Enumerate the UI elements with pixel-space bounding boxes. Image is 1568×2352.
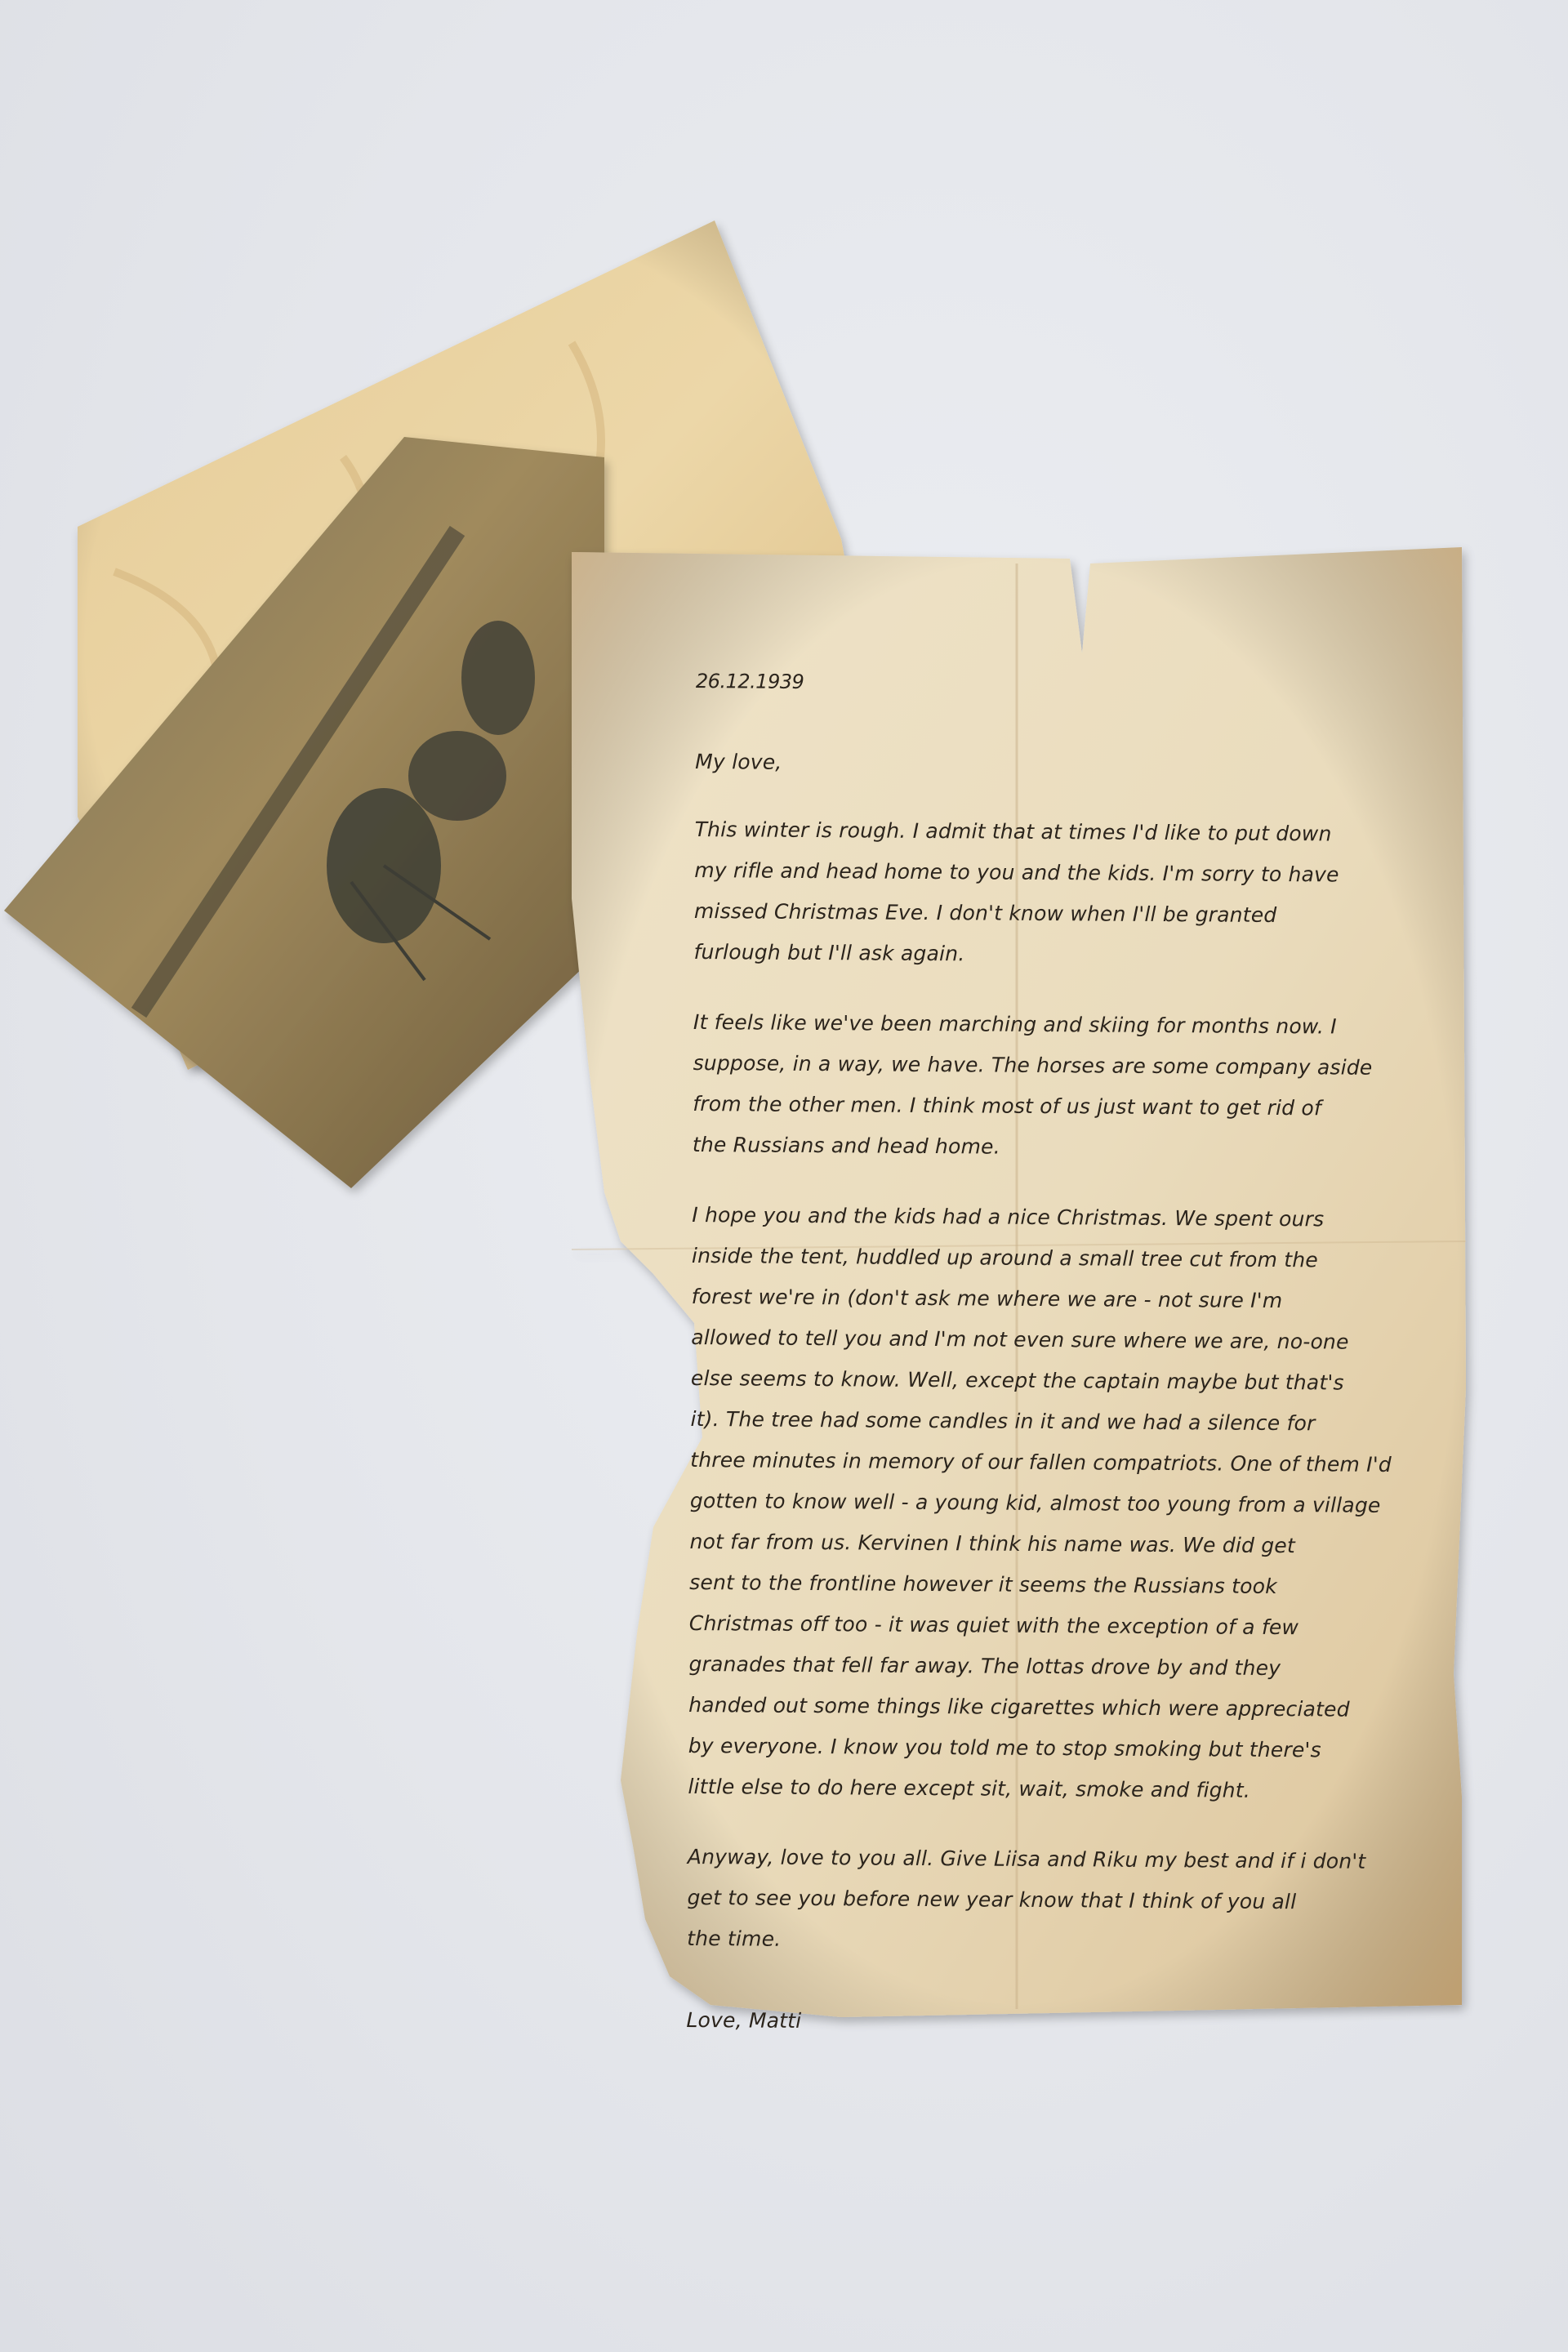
handwritten-letter: 26.12.1939 My love, This winter is rough… bbox=[686, 670, 1398, 2037]
letter-line: the time. bbox=[687, 1918, 1389, 1964]
letter-line: It feels like we've been marching and sk… bbox=[693, 1002, 1396, 1048]
letter-line: my rifle and head home to you and the ki… bbox=[694, 850, 1396, 896]
letter-line: not far from us. Kervinen I think his na… bbox=[689, 1521, 1392, 1567]
letter-line: handed out some things like cigarettes w… bbox=[688, 1685, 1391, 1731]
letter-line: get to see you before new year know that… bbox=[687, 1878, 1389, 1923]
letter-line: it). The tree had some candles in it and… bbox=[690, 1399, 1392, 1445]
letter-line: Christmas off too - it was quiet with th… bbox=[689, 1603, 1392, 1649]
photo-scene: 26.12.1939 My love, This winter is rough… bbox=[0, 0, 1568, 2352]
letter-line: suppose, in a way, we have. The horses a… bbox=[693, 1043, 1395, 1089]
letter-line: I hope you and the kids had a nice Chris… bbox=[692, 1195, 1394, 1241]
letter-line: three minutes in memory of our fallen co… bbox=[690, 1440, 1392, 1486]
letter-line: else seems to know. Well, except the cap… bbox=[691, 1358, 1393, 1404]
letter-line: sent to the frontline however it seems t… bbox=[689, 1562, 1392, 1608]
letter-line: forest we're in (don't ask me where we a… bbox=[691, 1276, 1393, 1322]
letter-paragraph-3: I hope you and the kids had a nice Chris… bbox=[688, 1195, 1394, 1812]
letter-date: 26.12.1939 bbox=[696, 670, 1398, 697]
letter-line: inside the tent, huddled up around a sma… bbox=[692, 1236, 1394, 1281]
letter-paragraph-2: It feels like we've been marching and sk… bbox=[693, 1002, 1396, 1170]
letter-line: gotten to know well - a young kid, almos… bbox=[690, 1481, 1392, 1526]
letter-paragraph-1: This winter is rough. I admit that at ti… bbox=[693, 809, 1396, 978]
letter-line: from the other men. I think most of us j… bbox=[693, 1084, 1395, 1129]
letter-signoff: Love, Matti bbox=[686, 2008, 1388, 2037]
letter-line: granades that fell far away. The lottas … bbox=[688, 1644, 1391, 1690]
letter-salutation: My love, bbox=[695, 750, 1397, 778]
letter-line: furlough but I'll ask again. bbox=[693, 932, 1396, 978]
letter-line: the Russians and head home. bbox=[693, 1125, 1395, 1170]
letter-line: missed Christmas Eve. I don't know when … bbox=[694, 891, 1396, 937]
letter-line: This winter is rough. I admit that at ti… bbox=[694, 809, 1396, 855]
letter-line: Anyway, love to you all. Give Liisa and … bbox=[688, 1837, 1390, 1882]
letter-paragraph-4: Anyway, love to you all. Give Liisa and … bbox=[687, 1837, 1390, 1964]
letter-line: little else to do here except sit, wait,… bbox=[688, 1766, 1390, 1812]
letter-line: allowed to tell you and I'm not even sur… bbox=[691, 1317, 1393, 1363]
letter-line: by everyone. I know you told me to stop … bbox=[688, 1726, 1391, 1771]
